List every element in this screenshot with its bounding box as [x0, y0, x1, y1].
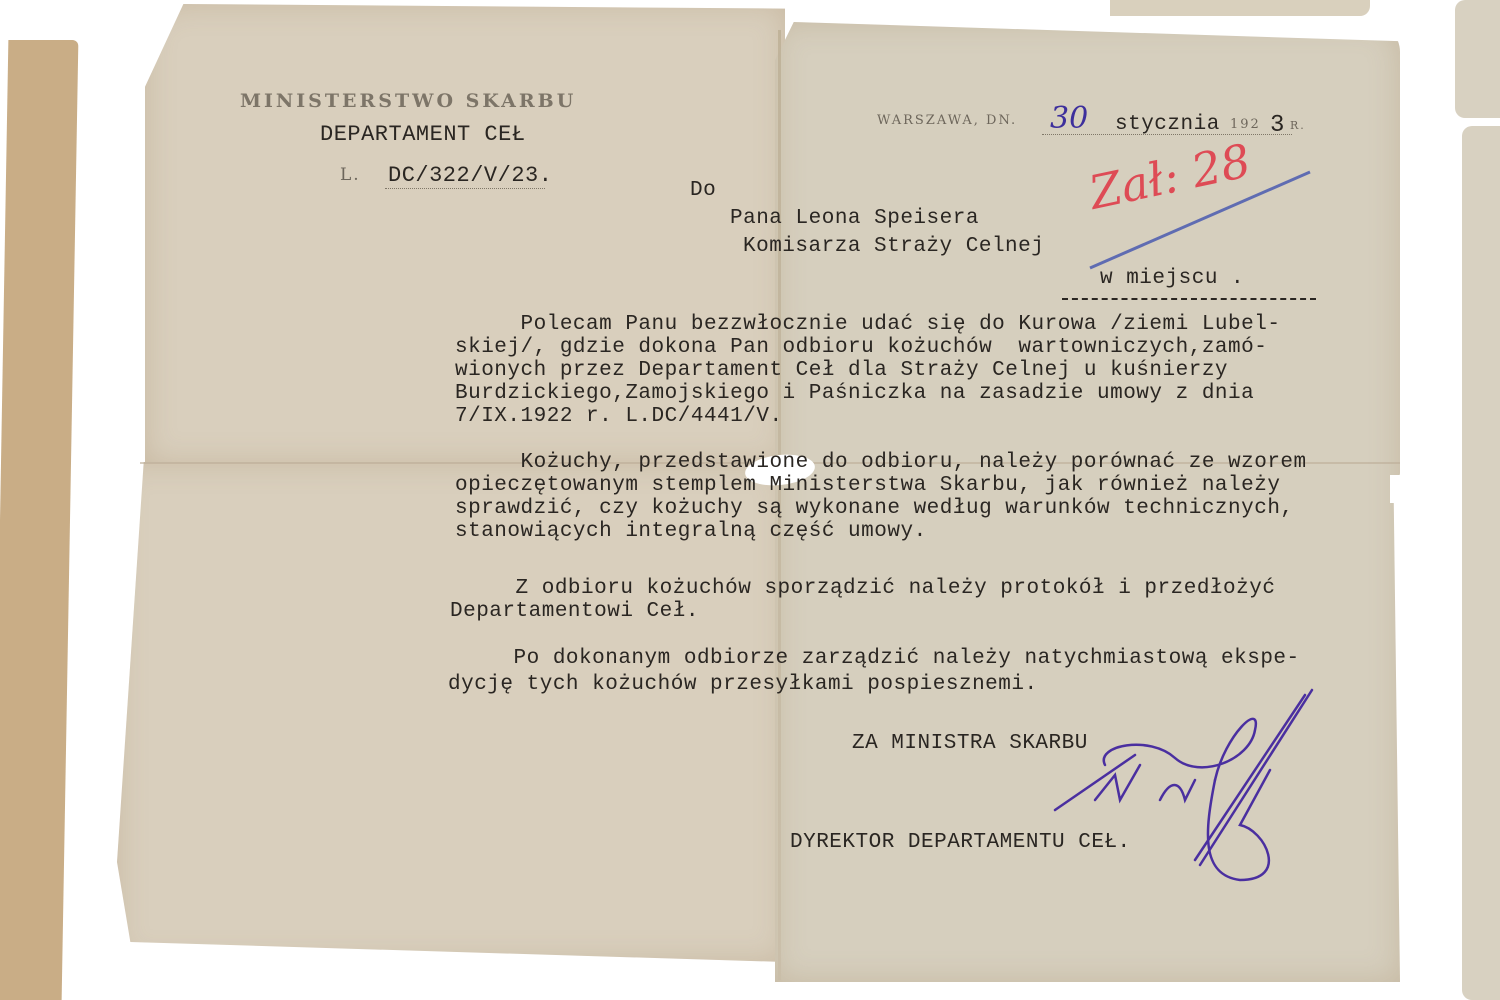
- dateline-place: WARSZAWA, DN.: [877, 114, 1017, 127]
- body-line: wionych przez Departament Ceł dla Straży…: [455, 360, 1228, 381]
- reference-dotted-line: [385, 188, 545, 189]
- adjacent-document-edge-right-bottom: [1462, 126, 1500, 1000]
- body-line: Departamentowi Ceł.: [450, 601, 699, 622]
- dateline-year-prefix: 192: [1230, 118, 1261, 131]
- department-name: DEPARTAMENT CEŁ: [320, 124, 526, 146]
- addressee-name: Pana Leona Speisera: [730, 208, 979, 229]
- body-line: Polecam Panu bezzwłocznie udać się do Ku…: [455, 314, 1280, 335]
- body-line: Z odbioru kożuchów sporządzić należy pro…: [450, 578, 1275, 599]
- addressee-title: Komisarza Straży Celnej: [743, 236, 1044, 257]
- paper-tear-right: [1390, 475, 1420, 503]
- body-line: skiej/, gdzie dokona Pan odbioru kożuchó…: [455, 337, 1267, 358]
- body-line: Burdzickiego,Zamojskiego i Paśniczka na …: [455, 383, 1254, 404]
- body-line: sprawdzić, czy kożuchy są wykonane wedłu…: [455, 498, 1294, 519]
- signer-title: DYREKTOR DEPARTAMENTU CEŁ.: [790, 832, 1131, 853]
- ministry-letterhead: MINISTERSTWO SKARBU: [240, 92, 576, 111]
- body-line: Kożuchy, przedstawione do odbioru, należ…: [455, 452, 1307, 473]
- addressee-to: Do: [690, 180, 716, 201]
- for-minister-label: ZA MINISTRA SKARBU: [852, 733, 1088, 754]
- addressee-underline: [1062, 298, 1316, 300]
- dateline-day-handwritten: 30: [1050, 104, 1088, 134]
- reference-prefix: L.: [340, 167, 361, 184]
- dateline-suffix: R.: [1290, 120, 1306, 131]
- body-line: dycję tych kożuchów przesyłkami pospiesz…: [448, 674, 1038, 695]
- body-line: 7/IX.1922 r. L.DC/4441/V.: [455, 406, 783, 427]
- dateline-month: stycznia: [1115, 114, 1220, 135]
- addressee-location: w miejscu .: [1100, 268, 1244, 289]
- adjacent-document-edge-top: [1110, 0, 1370, 16]
- adjacent-document-edge-left: [0, 40, 78, 1000]
- dateline-dotted-line: [1042, 134, 1292, 135]
- reference-number: DC/322/V/23.: [388, 165, 552, 187]
- adjacent-document-edge-right-top: [1455, 0, 1500, 118]
- body-line: stanowiących integralną część umowy.: [455, 521, 927, 542]
- body-line: Po dokonanym odbiorze zarządzić należy n…: [448, 648, 1300, 669]
- body-line: opieczętowanym stemplem Ministerstwa Ska…: [455, 475, 1280, 496]
